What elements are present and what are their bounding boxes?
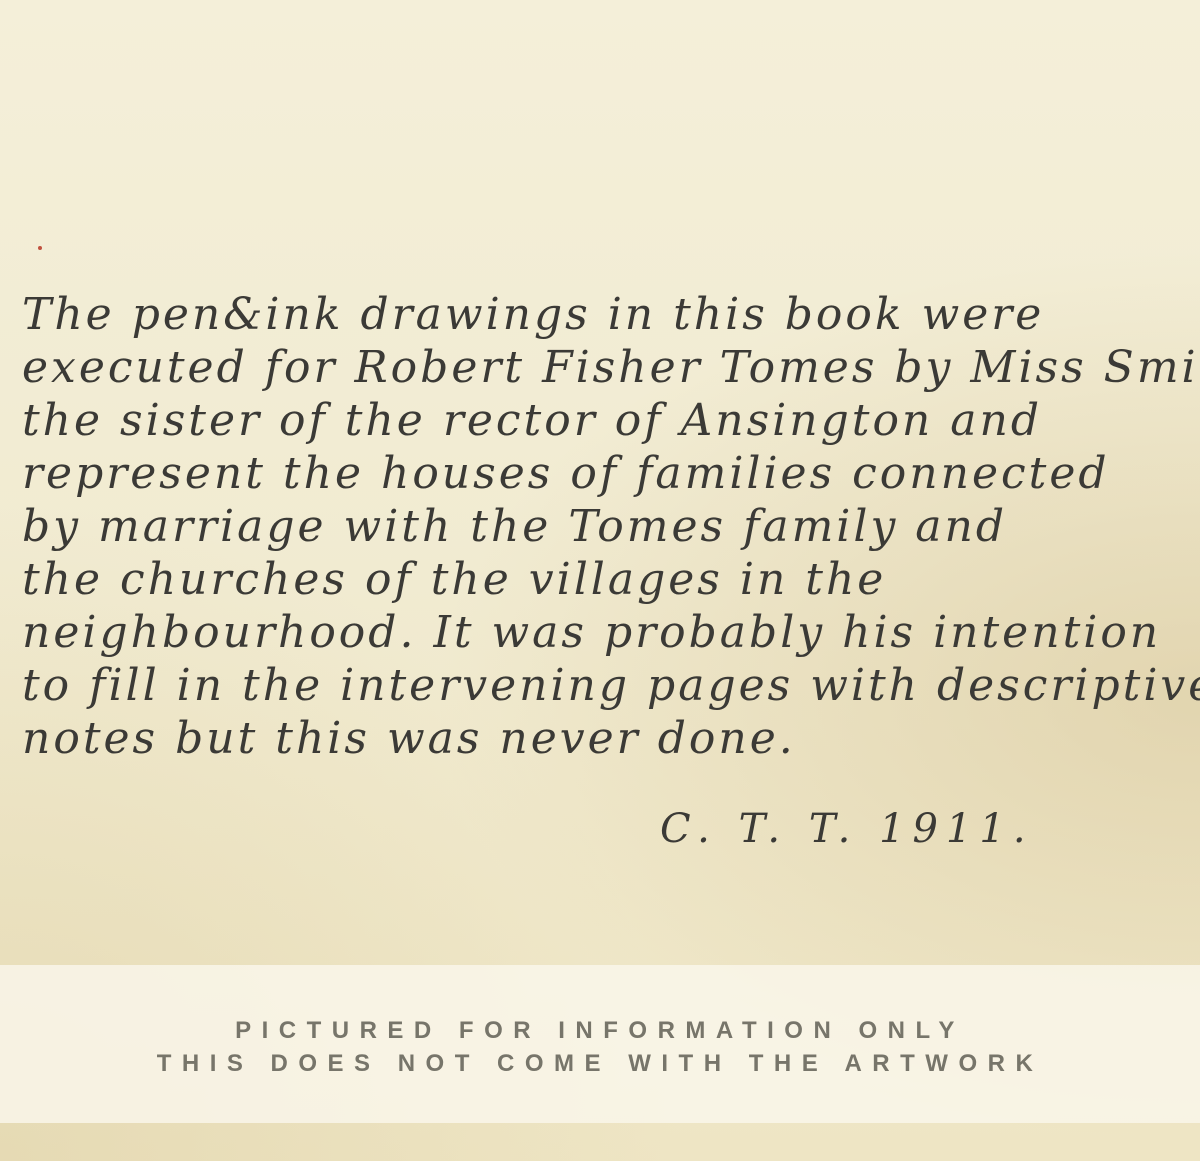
signature-date: C. T. T. 1911. [660, 806, 1034, 852]
ink-speck [38, 246, 42, 250]
note-line: represent the houses of families connect… [22, 447, 1192, 500]
disclaimer-line-2: THIS DOES NOT COME WITH THE ARTWORK [0, 1050, 1200, 1078]
note-line: to fill in the intervening pages with de… [22, 659, 1192, 712]
handwritten-note: The pen&ink drawings in this book were e… [22, 288, 1192, 765]
note-line: neighbourhood. It was probably his inten… [22, 606, 1192, 659]
note-line: notes but this was never done. [22, 712, 1192, 765]
disclaimer-line-1: PICTURED FOR INFORMATION ONLY [0, 1017, 1200, 1045]
note-line: by marriage with the Tomes family and [22, 500, 1192, 553]
note-line: the sister of the rector of Ansington an… [22, 394, 1192, 447]
note-line: the churches of the villages in the [22, 553, 1192, 606]
note-line: The pen&ink drawings in this book were [22, 288, 1192, 341]
note-line: executed for Robert Fisher Tomes by Miss… [22, 341, 1192, 394]
